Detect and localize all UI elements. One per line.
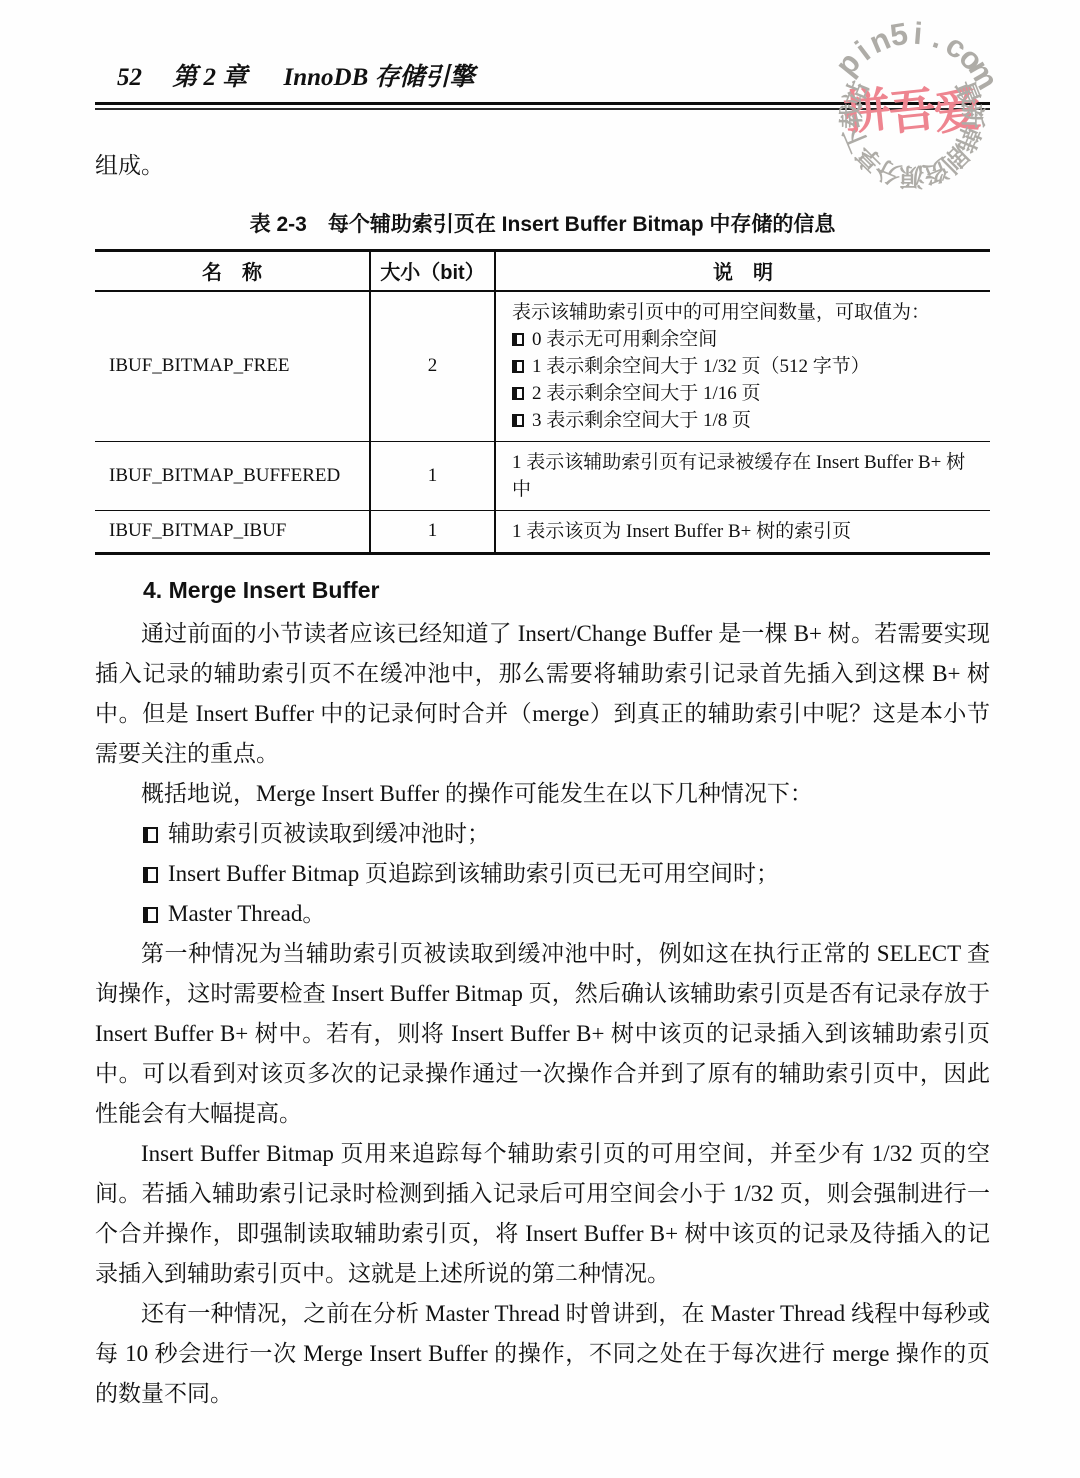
desc-item: 0 表示无可用剩余空间 [512,326,980,353]
paragraph: 第一种情况为当辅助索引页被读取到缓冲池中时，例如这在执行正常的 SELECT 查… [95,934,990,1134]
table-header-row: 名 称 大小（bit） 说 明 [95,250,990,291]
table-caption: 表 2-3 每个辅助索引页在 Insert Buffer Bitmap 中存储的… [95,208,990,238]
checkbox-bullet-icon [143,907,158,923]
chapter-label: 第 2 章 [172,64,247,91]
running-head-text: 52 第 2 章 InnoDB 存储引擎 [95,57,990,93]
section-heading: 4. Merge Insert Buffer [143,577,990,604]
bullet-text: 辅助索引页被读取到缓冲池时； [168,814,490,854]
desc-item-text: 2 表示剩余空间大于 1/16 页 [532,380,761,407]
bullet-text: Insert Buffer Bitmap 页追踪到该辅助索引页已无可用空间时； [168,854,779,894]
cell-size: 1 [370,510,495,553]
header-rule-thin [95,108,990,110]
bullet-item: Insert Buffer Bitmap 页追踪到该辅助索引页已无可用空间时； [143,854,990,894]
running-head: 52 第 2 章 InnoDB 存储引擎 [0,0,1080,110]
book-title: InnoDB 存储引擎 [284,64,475,91]
bullet-text: Master Thread。 [168,894,325,934]
page-number: 52 [117,64,142,91]
insert-buffer-bitmap-table: 名 称 大小（bit） 说 明 IBUF_BITMAP_FREE 2 表示该辅助… [95,249,990,555]
carryover-line: 组成。 [95,150,990,182]
cell-name: IBUF_BITMAP_FREE [95,291,370,442]
checkbox-bullet-icon [512,414,524,427]
page-content: 组成。 表 2-3 每个辅助索引页在 Insert Buffer Bitmap … [0,150,1080,1414]
cell-desc: 1 表示该辅助索引页有记录被缓存在 Insert Buffer B+ 树中 [495,441,990,510]
column-header-name: 名 称 [95,250,370,291]
desc-intro: 表示该辅助索引页中的可用空间数量，可取值为： [512,299,980,326]
checkbox-bullet-icon [143,867,158,883]
bullet-item: Master Thread。 [143,894,990,934]
checkbox-bullet-icon [512,360,524,373]
cell-size: 2 [370,291,495,442]
book-page: 52 第 2 章 InnoDB 存储引擎 pin5i.com 拼吾爱 最新韩剧资… [0,0,1080,1478]
desc-item-text: 3 表示剩余空间大于 1/8 页 [532,407,751,434]
desc-item: 3 表示剩余空间大于 1/8 页 [512,407,980,434]
desc-item: 2 表示剩余空间大于 1/16 页 [512,380,980,407]
header-rule-thick [95,102,990,105]
paragraph: Insert Buffer Bitmap 页用来追踪每个辅助索引页的可用空间，并… [95,1134,990,1294]
cell-desc: 表示该辅助索引页中的可用空间数量，可取值为： 0 表示无可用剩余空间 1 表示剩… [495,291,990,442]
desc-item-text: 0 表示无可用剩余空间 [532,326,717,353]
cell-size: 1 [370,441,495,510]
bullet-item: 辅助索引页被读取到缓冲池时； [143,814,990,854]
checkbox-bullet-icon [512,387,524,400]
cell-name: IBUF_BITMAP_BUFFERED [95,441,370,510]
checkbox-bullet-icon [512,333,524,346]
paragraph: 概括地说，Merge Insert Buffer 的操作可能发生在以下几种情况下… [95,774,990,814]
cell-name: IBUF_BITMAP_IBUF [95,510,370,553]
column-header-size: 大小（bit） [370,250,495,291]
column-header-desc: 说 明 [495,250,990,291]
cell-desc: 1 表示该页为 Insert Buffer B+ 树的索引页 [495,510,990,553]
paragraph: 通过前面的小节读者应该已经知道了 Insert/Change Buffer 是一… [95,614,990,774]
checkbox-bullet-icon [143,827,158,843]
table-row: IBUF_BITMAP_FREE 2 表示该辅助索引页中的可用空间数量，可取值为… [95,291,990,442]
table-row: IBUF_BITMAP_BUFFERED 1 1 表示该辅助索引页有记录被缓存在… [95,441,990,510]
desc-item-text: 1 表示剩余空间大于 1/32 页（512 字节） [532,353,870,380]
desc-item: 1 表示剩余空间大于 1/32 页（512 字节） [512,353,980,380]
table-row: IBUF_BITMAP_IBUF 1 1 表示该页为 Insert Buffer… [95,510,990,553]
paragraph: 还有一种情况，之前在分析 Master Thread 时曾讲到，在 Master… [95,1294,990,1414]
